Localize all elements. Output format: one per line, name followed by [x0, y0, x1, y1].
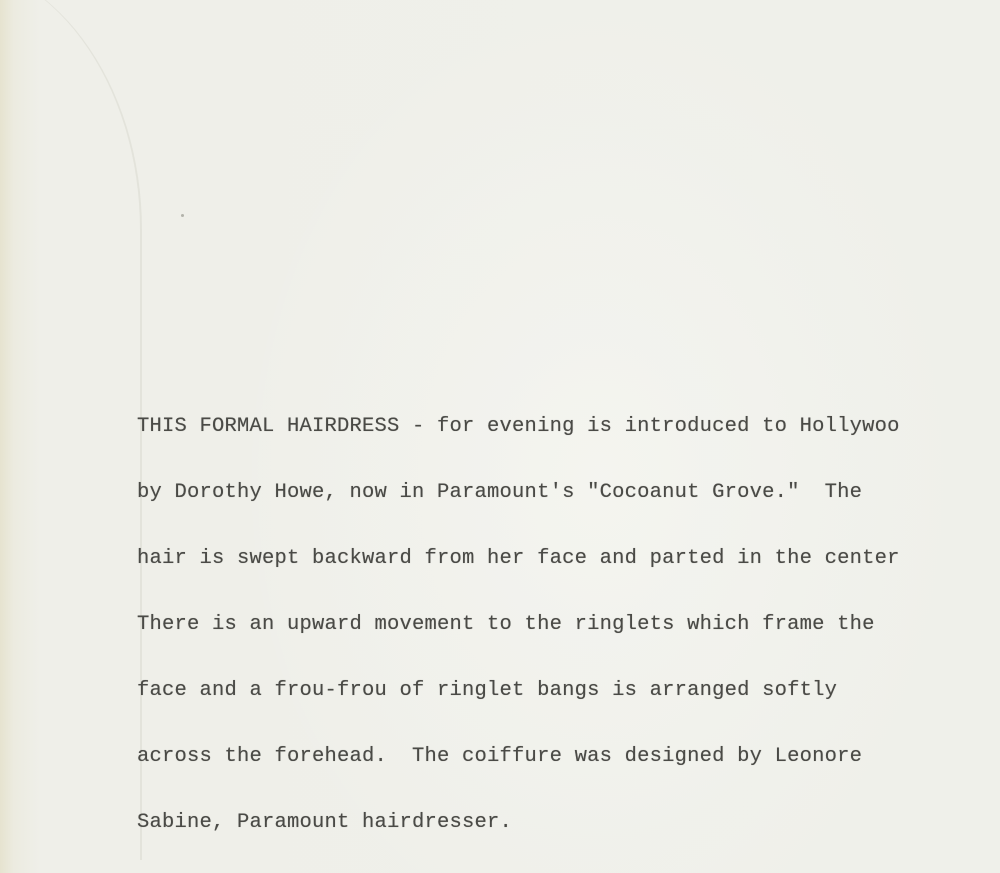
paper-speck	[181, 214, 184, 217]
caption-line: by Dorothy Howe, now in Paramount's "Coc…	[137, 482, 900, 504]
caption-line: THIS FORMAL HAIRDRESS - for evening is i…	[137, 416, 900, 438]
caption-line: across the forehead. The coiffure was de…	[137, 746, 900, 768]
caption-line: hair is swept backward from her face and…	[137, 548, 900, 570]
typed-caption: THIS FORMAL HAIRDRESS - for evening is i…	[137, 372, 900, 873]
paper-page: THIS FORMAL HAIRDRESS - for evening is i…	[0, 0, 1000, 873]
caption-line: Sabine, Paramount hairdresser.	[137, 812, 900, 834]
caption-line: face and a frou-frou of ringlet bangs is…	[137, 680, 900, 702]
caption-line: There is an upward movement to the ringl…	[137, 614, 900, 636]
page-curl-shadow	[0, 0, 142, 860]
